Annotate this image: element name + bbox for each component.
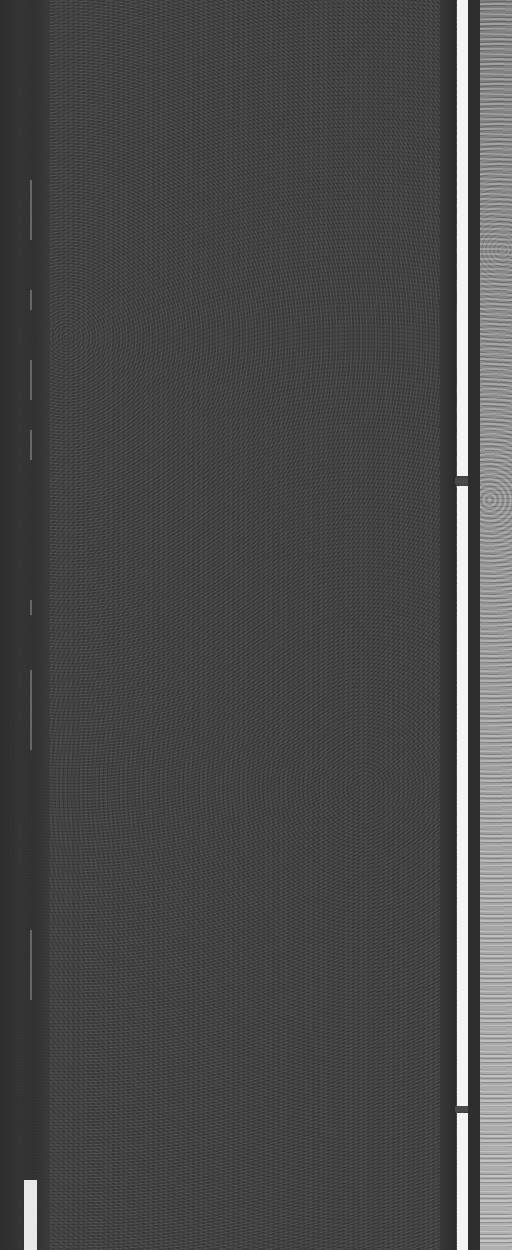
- curb: [468, 0, 480, 1250]
- faint-dash-marking: [30, 670, 32, 750]
- faint-dash-marking: [30, 930, 32, 1000]
- faint-dash-marking: [30, 360, 32, 400]
- edge-line-segment: [457, 1113, 468, 1250]
- faint-dash-marking: [30, 290, 32, 310]
- right-gutter: [440, 0, 456, 1250]
- left-dark-strip: [0, 0, 50, 1250]
- faint-dash-marking: [30, 600, 32, 615]
- shoulder-concrete: [480, 0, 512, 1250]
- faint-dash-marking: [30, 430, 32, 460]
- edge-line-segment: [457, 486, 468, 1106]
- faint-dash-marking: [30, 180, 32, 240]
- asphalt-surface: [0, 0, 512, 1250]
- edge-line-segment: [457, 0, 468, 476]
- left-lane-dash: [24, 1180, 37, 1250]
- road-scene: [0, 0, 512, 1250]
